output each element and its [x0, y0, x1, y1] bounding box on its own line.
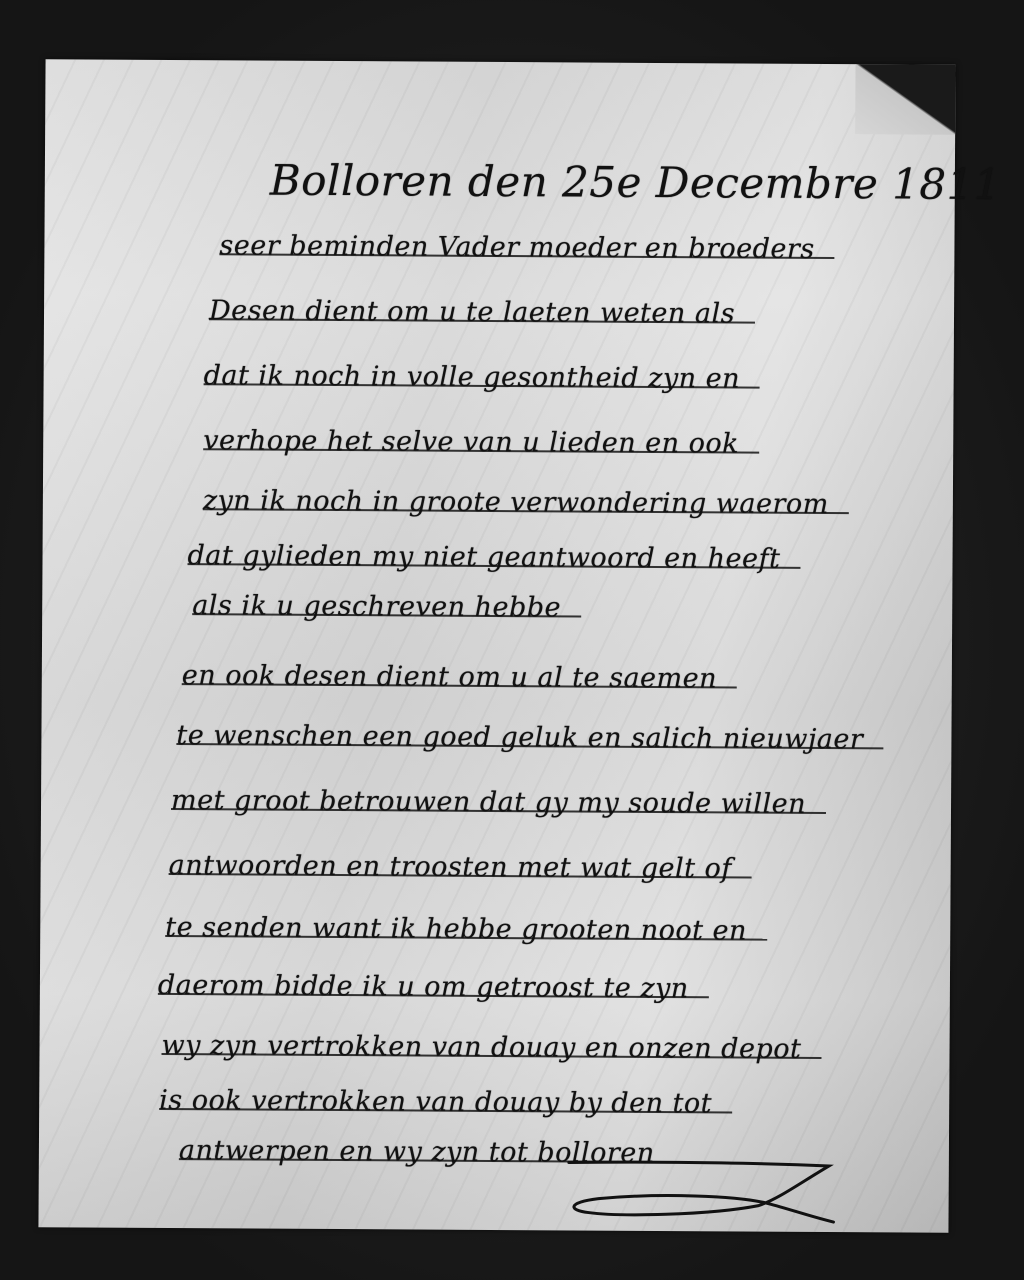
letter-sheet: Bolloren den 25e Decembre 1811 seer bemi… — [38, 59, 955, 1233]
letter-line-10: met groot betrouwen dat gy my soude will… — [171, 785, 806, 820]
letter-line-13: daerom bidde ik u om getroost te zyn — [158, 970, 689, 1004]
letter-line-15: is ook vertrokken van douay by den tot — [159, 1085, 712, 1119]
scan-background: Bolloren den 25e Decembre 1811 seer bemi… — [0, 0, 1024, 1280]
letter-line-4: verhope het selve van u lieden en ook — [203, 425, 739, 459]
letter-heading-date: Bolloren den 25e Decembre 1811 — [270, 156, 1002, 209]
letter-line-6: dat gylieden my niet geantwoord en heeft — [187, 540, 780, 575]
letter-line-5: zyn ik noch in groote verwondering waero… — [203, 485, 829, 520]
letter-line-9: te wenschen een goed geluk en salich nie… — [176, 720, 863, 755]
letter-line-14: wy zyn vertrokken van douay en onzen dep… — [161, 1030, 801, 1065]
letter-line-8: en ook desen dient om u al te saemen — [182, 660, 717, 694]
letter-line-7: als ik u geschreven hebbe — [192, 590, 561, 623]
letter-line-3: dat ik noch in volle gesontheid zyn en — [204, 360, 741, 394]
folded-corner — [855, 64, 955, 135]
letter-line-1: seer beminden Vader moeder en broeders — [219, 230, 814, 265]
letter-line-12: te senden want ik hebbe grooten noot en — [165, 912, 747, 947]
letter-line-2: Desen dient om u te laeten weten als — [209, 295, 735, 329]
letter-line-11: antwoorden en troosten met wat gelt of — [169, 850, 732, 884]
closing-flourish-icon — [558, 1152, 838, 1224]
